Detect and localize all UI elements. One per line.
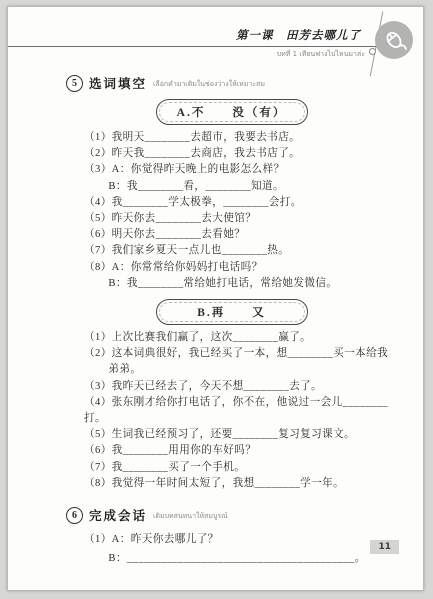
exercise-5: 5 选词填空 เลือกคำมาเติมในช่องว่างให้เหมาะสม… <box>8 74 423 492</box>
exercise-line: （8）我觉得一年时间太短了，我想________学一年。 <box>84 476 397 492</box>
exercise-line: B：我________常给她打电话，常给她发微信。 <box>84 276 397 292</box>
exercise-line: （4）我________学太极拳，________会打。 <box>84 195 397 211</box>
exercise-line: （1）上次比赛我们赢了，这次________赢了。 <box>84 330 397 346</box>
exercise-line: （1）A：昨天你去哪儿了？ <box>84 530 397 549</box>
exercise-line: B：我________看，________知道。 <box>84 179 397 195</box>
exercise-line: （4）张东刚才给你打电话了，你不在，他说过一会儿________打。 <box>84 395 397 427</box>
exercise-line: 弟弟。 <box>84 362 397 378</box>
exercise-5-subtitle-thai: เลือกคำมาเติมในช่องว่างให้เหมาะสม <box>153 79 265 90</box>
exercise-line: （3）A：你觉得昨天晚上的电影怎么样？ <box>84 162 397 178</box>
textbook-page: 第一课 田芳去哪儿了 บทที่ 1 เทียนฟางไปไหนมาล่ะ 5 … <box>7 6 424 591</box>
exercise-line: B：______________________________________… <box>84 549 397 568</box>
exercise-line: （5）生词我已经预习了，还要________复习复习课文。 <box>84 427 397 443</box>
exercise-5-number: 5 <box>66 75 83 92</box>
exercise-5a-items: （1）我明天________去超市，我要去书店。 （2）昨天我________去… <box>84 130 397 292</box>
exercise-5b-items: （1）上次比赛我们赢了，这次________赢了。 （2）这本词典很好，我已经买… <box>84 330 397 492</box>
exercise-line: （6）我________用用你的车好吗？ <box>84 443 397 459</box>
exercise-line: （7）我________买了一个手机。 <box>84 460 397 476</box>
exercise-6-heading: 6 完成会话 เติมบทสนทนาให้สมบูรณ์ <box>66 506 397 524</box>
word-choice-box-a: A.不 没（有） <box>156 99 308 125</box>
exercise-line: （2）昨天我________去商店，我去书店了。 <box>84 146 397 162</box>
mouse-icon <box>375 21 413 59</box>
exercise-line: （3）我昨天已经去了，今天不想________去了。 <box>84 379 397 395</box>
exercise-6: 6 完成会话 เติมบทสนทนาให้สมบูรณ์ （1）A：昨天你去哪儿… <box>8 506 423 568</box>
exercise-6-subtitle-thai: เติมบทสนทนาให้สมบูรณ์ <box>153 511 228 522</box>
exercise-5-title: 选词填空 <box>89 74 147 92</box>
page-number: 11 <box>370 540 399 554</box>
exercise-line: （1）我明天________去超市，我要去书店。 <box>84 130 397 146</box>
lesson-subtitle-thai: บทที่ 1 เทียนฟางไปไหนมาล่ะ <box>8 49 365 60</box>
mouse-icon-glyph <box>379 25 409 55</box>
exercise-line: （2）这本词典很好，我已经买了一本，想________买一本给我 <box>84 346 397 362</box>
exercise-line: （7）我们家乡夏天一点儿也________热。 <box>84 243 397 259</box>
word-choice-box-b: B.再 又 <box>156 299 308 325</box>
header-rule <box>8 46 395 47</box>
exercise-line: （6）明天你去________去看她？ <box>84 227 397 243</box>
header-line-node <box>369 48 376 55</box>
exercise-6-title: 完成会话 <box>89 506 147 524</box>
exercise-5-heading: 5 选词填空 เลือกคำมาเติมในช่องว่างให้เหมาะสม <box>66 74 397 92</box>
exercise-line: （8）A：你常常给你妈妈打电话吗？ <box>84 260 397 276</box>
exercise-line: （5）昨天你去________去大使馆？ <box>84 211 397 227</box>
exercise-6-number: 6 <box>66 507 83 524</box>
lesson-title: 第一课 田芳去哪儿了 <box>8 27 361 43</box>
page-header: 第一课 田芳去哪儿了 บทที่ 1 เทียนฟางไปไหนมาล่ะ <box>8 7 423 60</box>
exercise-6-items: （1）A：昨天你去哪儿了？ B：________________________… <box>84 530 397 568</box>
